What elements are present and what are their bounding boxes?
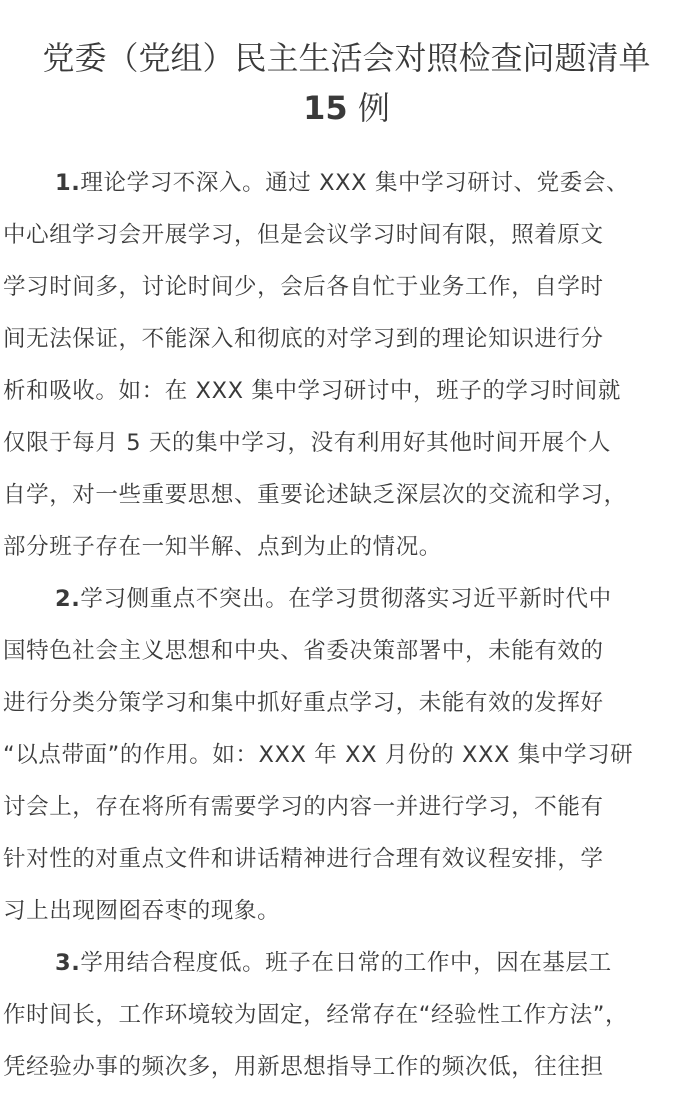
- paragraph-line: 间无法保证，不能深入和彻底的对学习到的理论知识进行分: [3, 313, 604, 365]
- document-title: 党委（党组）民主生活会对照检查问题清单: [0, 33, 693, 79]
- paragraph-line: 3.学用结合程度低。班子在日常的工作中，因在基层工: [55, 937, 612, 989]
- title-count-number: 15: [303, 89, 348, 127]
- paragraph-line: 中心组学习会开展学习，但是会议学习时间有限，照着原文: [3, 209, 604, 261]
- title-count-unit: 例: [348, 89, 390, 127]
- paragraph-line: 进行分类分策学习和集中抓好重点学习，未能有效的发挥好: [3, 677, 604, 729]
- document-title-count: 15 例: [0, 83, 693, 129]
- paragraph-line: 国特色社会主义思想和中央、省委决策部署中，未能有效的: [3, 625, 604, 677]
- paragraph-line: 2.学习侧重点不突出。在学习贯彻落实习近平新时代中: [55, 573, 612, 625]
- item-number: 1.: [55, 170, 80, 196]
- paragraph-line: 析和吸收。如：在 XXX 集中学习研讨中，班子的学习时间就: [3, 365, 621, 417]
- paragraph-line: 仅限于每月 5 天的集中学习，没有利用好其他时间开展个人: [3, 417, 611, 469]
- item-number: 3.: [55, 950, 80, 976]
- paragraph-line: 学习时间多，讨论时间少，会后各自忙于业务工作，自学时: [3, 261, 604, 313]
- paragraph-line: 讨会上，存在将所有需要学习的内容一并进行学习，不能有: [3, 781, 604, 833]
- paragraph-line: 自学，对一些重要思想、重要论述缺乏深层次的交流和学习，: [3, 469, 627, 521]
- paragraph-line: 凭经验办事的频次多，用新思想指导工作的频次低，往往担: [3, 1041, 604, 1093]
- line-text: 理论学习不深入。通过 XXX 集中学习研讨、党委会、: [80, 170, 629, 196]
- line-text: 学习侧重点不突出。在学习贯彻落实习近平新时代中: [80, 586, 611, 612]
- paragraph-line: 作时间长，工作环境较为固定，经常存在“经验性工作方法”，: [3, 989, 628, 1041]
- line-text: 学用结合程度低。班子在日常的工作中，因在基层工: [80, 950, 611, 976]
- paragraph-line: “以点带面”的作用。如：XXX 年 XX 月份的 XXX 集中学习研: [3, 729, 633, 781]
- paragraph-line: 1.理论学习不深入。通过 XXX 集中学习研讨、党委会、: [55, 157, 629, 209]
- paragraph-line: 针对性的对重点文件和讲话精神进行合理有效议程安排，学: [3, 833, 604, 885]
- item-number: 2.: [55, 586, 80, 612]
- paragraph-line: 部分班子存在一知半解、点到为止的情况。: [3, 521, 442, 573]
- paragraph-line: 习上出现囫囵吞枣的现象。: [3, 885, 280, 937]
